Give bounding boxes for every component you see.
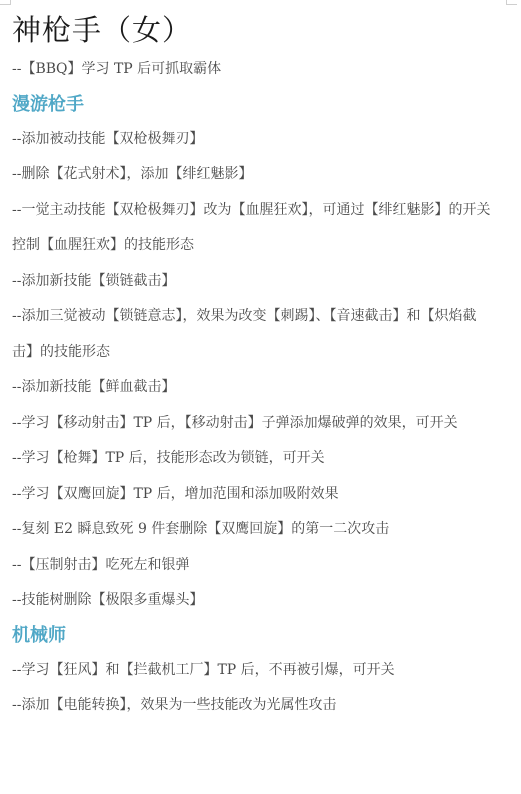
- list-item: --添加被动技能【双枪极舞刃】: [12, 122, 511, 158]
- list-item: --学习【狂风】和【拦截机工厂】TP 后，不再被引爆，可开关: [12, 653, 511, 689]
- document-title: 神枪手（女）: [12, 8, 511, 52]
- list-item: --添加新技能【锁链截击】: [12, 264, 511, 300]
- section-wandering-gunner: 漫游枪手 --添加被动技能【双枪极舞刃】 --删除【花式射术】，添加【绯红魅影】…: [12, 88, 511, 619]
- list-item: --学习【移动射击】TP 后，【移动射击】子弹添加爆破弹的效果，可开关: [12, 406, 497, 442]
- list-item: --删除【花式射术】，添加【绯红魅影】: [12, 157, 511, 193]
- page-corner-mark-left: [0, 0, 11, 5]
- section-mechanic: 机械师 --学习【狂风】和【拦截机工厂】TP 后，不再被引爆，可开关 --添加【…: [12, 619, 511, 724]
- list-item: --【压制射击】吃死左和银弹: [12, 548, 511, 584]
- list-item: --技能树删除【极限多重爆头】: [12, 583, 511, 619]
- list-item: --添加【电能转换】，效果为一些技能改为光属性攻击: [12, 688, 511, 724]
- section-heading: 漫游枪手: [12, 88, 511, 122]
- list-item: --学习【枪舞】TP 后，技能形态改为锁链，可开关: [12, 441, 511, 477]
- list-item: --添加三觉被动【锁链意志】，效果为改变【刺踢】、【音速截击】和【炽焰截击】的技…: [12, 299, 497, 370]
- document-page: 神枪手（女） --【BBQ】学习 TP 后可抓取霸体 漫游枪手 --添加被动技能…: [12, 8, 511, 724]
- section-heading: 机械师: [12, 619, 511, 653]
- list-item: --复刻 E2 瞬息致死 9 件套删除【双鹰回旋】的第一二次攻击: [12, 512, 511, 548]
- intro-line: --【BBQ】学习 TP 后可抓取霸体: [12, 52, 511, 88]
- list-item: --学习【双鹰回旋】TP 后，增加范围和添加吸附效果: [12, 477, 511, 513]
- list-item: --添加新技能【鲜血截击】: [12, 370, 511, 406]
- list-item: --一觉主动技能【双枪极舞刃】改为【血腥狂欢】，可通过【绯红魅影】的开关控制【血…: [12, 193, 497, 264]
- page-corner-mark-right: [506, 0, 517, 5]
